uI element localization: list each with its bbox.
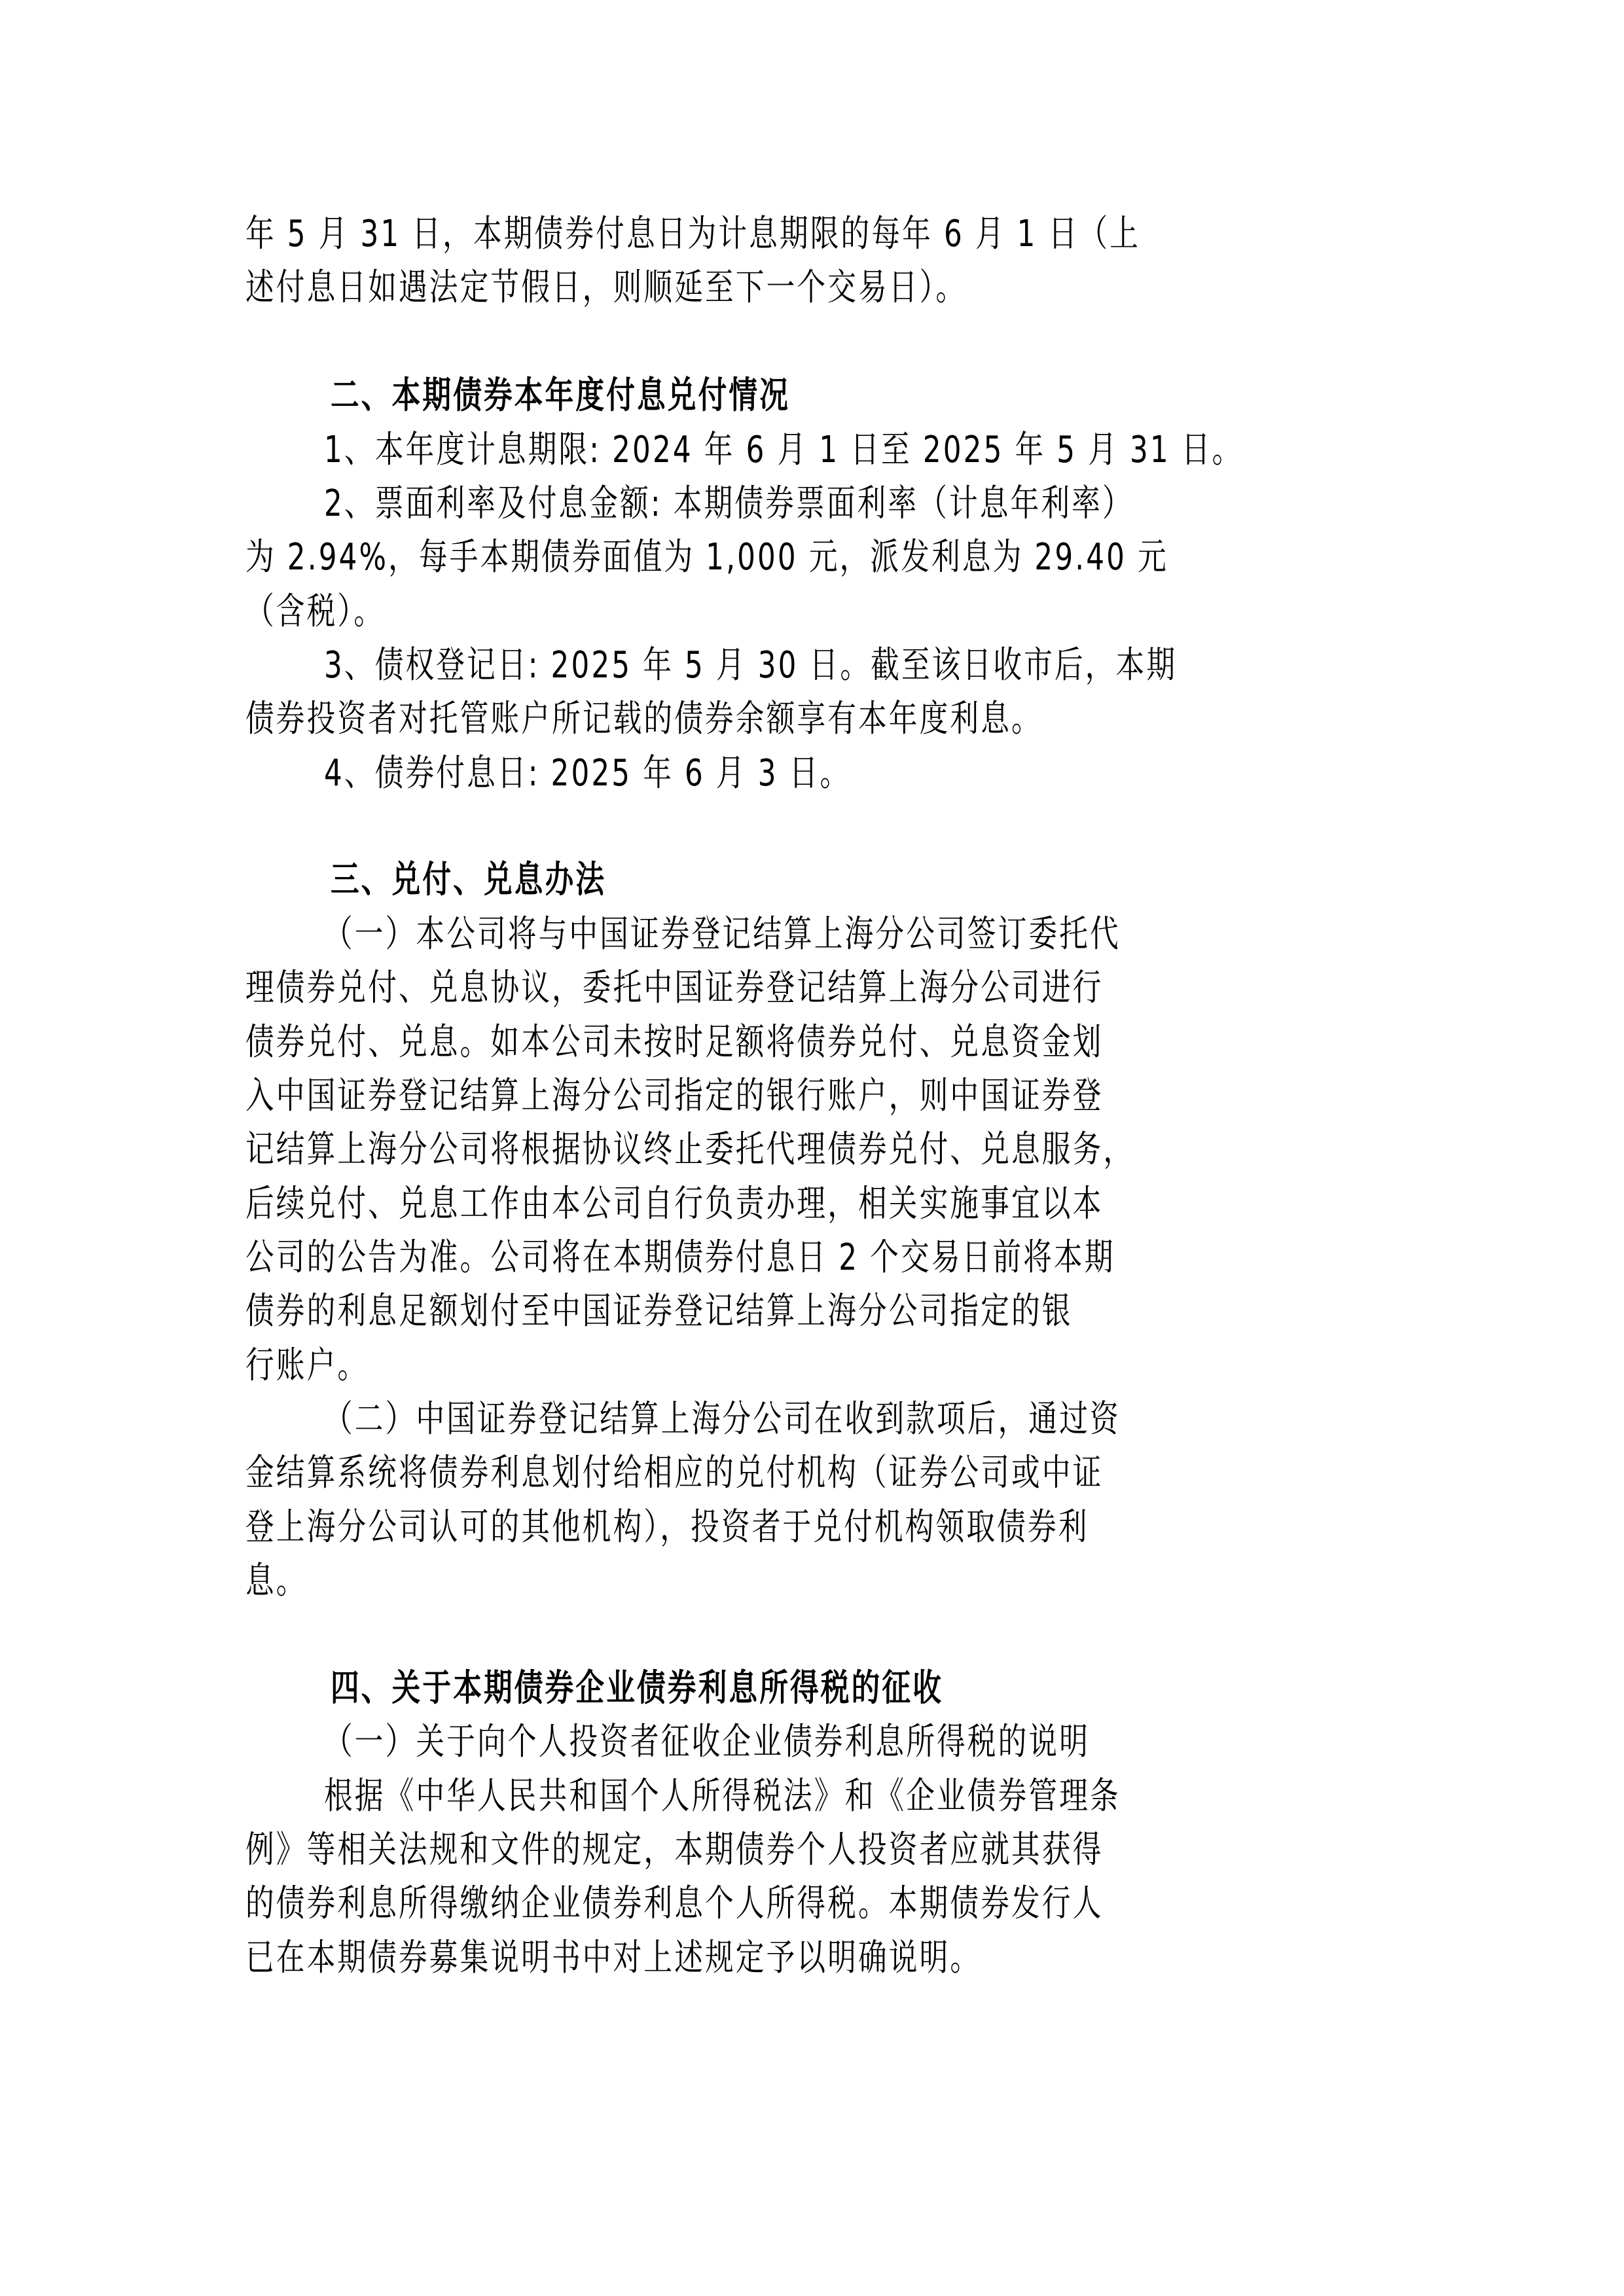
body-line: 行账户。 (245, 1340, 1134, 1392)
body-line: 已在本期债券募集说明书中对上述规定予以明确说明。 (245, 1932, 1134, 1984)
body-line: 根据《中华人民共和国个人所得税法》和《企业债券管理条 (324, 1770, 1212, 1823)
body-line: 为 2.94%，每手本期债券面值为 1,000 元，派发利息为 29.40 元 (245, 531, 1134, 584)
body-line: 息。 (245, 1555, 1134, 1607)
body-line: 债券投资者对托管账户所记载的债券余额享有本年度利息。 (245, 693, 1134, 745)
body-line: 1、本年度计息期限: 2024 年 6 月 1 日至 2025 年 5 月 31… (324, 424, 1212, 476)
section-heading-4: 四、关于本期债券企业债券利息所得税的征收 (331, 1662, 1219, 1715)
body-line: 3、债权登记日: 2025 年 5 月 30 日。截至该日收市后，本期 (324, 639, 1212, 692)
body-line: 金结算系统将债券利息划付给相应的兑付机构（证券公司或中证 (245, 1447, 1134, 1499)
body-line: 例》等相关法规和文件的规定，本期债券个人投资者应就其获得 (245, 1824, 1134, 1876)
body-line: 入中国证券登记结算上海分公司指定的银行账户，则中国证券登 (245, 1070, 1134, 1122)
body-line: 债券兑付、兑息。如本公司未按时足额将债券兑付、兑息资金划 (245, 1016, 1134, 1069)
document-page: 年 5 月 31 日，本期债券付息日为计息期限的每年 6 月 1 日（上 述付息… (0, 0, 1624, 2296)
body-line: 2、票面利率及付息金额: 本期债券票面利率（计息年利率） (324, 478, 1212, 530)
body-line: 年 5 月 31 日，本期债券付息日为计息期限的每年 6 月 1 日（上 (245, 208, 1134, 260)
body-line: （一）关于向个人投资者征收企业债券利息所得税的说明 (324, 1716, 1212, 1768)
body-line: （二）中国证券登记结算上海分公司在收到款项后，通过资 (324, 1393, 1212, 1446)
body-line: 理债券兑付、兑息协议，委托中国证券登记结算上海分公司进行 (245, 962, 1134, 1014)
body-line: （一）本公司将与中国证券登记结算上海分公司签订委托代 (324, 908, 1212, 961)
body-line: 后续兑付、兑息工作由本公司自行负责办理，相关实施事宜以本 (245, 1178, 1134, 1230)
section-heading-3: 三、兑付、兑息办法 (331, 854, 1219, 906)
section-heading-2: 二、本期债券本年度付息兑付情况 (331, 370, 1219, 422)
body-line: 的债券利息所得缴纳企业债券利息个人所得税。本期债券发行人 (245, 1878, 1134, 1930)
body-line: 4、债券付息日: 2025 年 6 月 3 日。 (324, 747, 1212, 800)
body-line: 记结算上海分公司将根据协议终止委托代理债券兑付、兑息服务， (245, 1124, 1134, 1176)
body-line: 登上海分公司认可的其他机构），投资者于兑付机构领取债券利 (245, 1501, 1134, 1554)
body-line: 述付息日如遇法定节假日，则顺延至下一个交易日）。 (245, 262, 1134, 314)
body-line: 债券的利息足额划付至中国证券登记结算上海分公司指定的银 (245, 1285, 1134, 1338)
body-line: （含税）。 (245, 586, 1134, 638)
body-line: 公司的公告为准。公司将在本期债券付息日 2 个交易日前将本期 (245, 1232, 1134, 1284)
